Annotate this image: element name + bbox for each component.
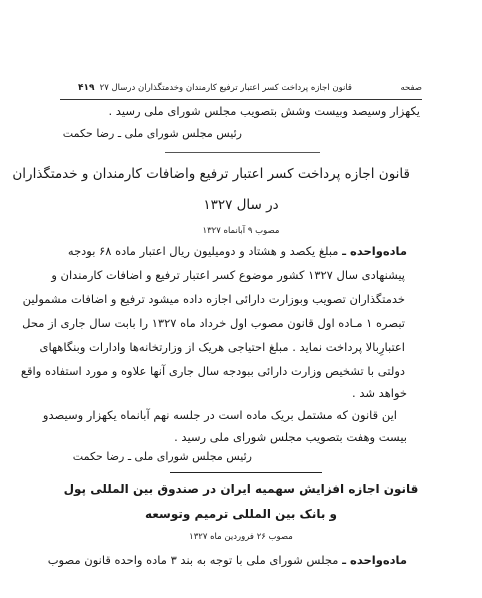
law2-article-first-line: ماده‌واحده ـ مجلس شورای ملی با توجه به ب… [48,553,407,567]
law1-closing-line2: بیست وهفت بتصویب مجلس شورای ملی رسید . [174,430,407,444]
previous-law-closing: یکهزار وسیصد وبیست وشش بتصویب مجلس شورای… [109,104,421,118]
article-label: ماده‌واحده ـ [342,244,407,258]
article-text: مبلغ یکصد و هشتاد و دومیلیون ریال اعتبار… [68,244,339,258]
header-rule [60,99,422,100]
law1-article-line: خدمتگذاران تصویب وبوزارت دارائی اجازه دا… [75,292,405,306]
page-number: ۴۱۹ [78,79,94,97]
running-header: صفحه قانون اجازه پرداخت کسر اعتبار ترفیع… [60,79,422,97]
previous-law-signature: رئیس مجلس شورای ملی ـ رضا حکمت [63,127,242,140]
law1-signature: رئیس مجلس شورای ملی ـ رضا حکمت [73,450,252,463]
law2-title-line2: و بانک بین المللی ترمیم وتوسعه [0,507,482,521]
law1-article-line: تبصره ۱ مـاده اول قانون مصوب اول خرداد م… [75,316,405,330]
law1-article-line: دولتی با تشخیص وزارت دارائی ببودجه سال ج… [75,364,405,378]
law1-closing-line1: این قانون که مشتمل بریک ماده است در جلسه… [43,408,397,422]
law1-article-line: پیشنهادی سال ۱۳۲۷ کشور موضوع کسر اعتبار … [75,268,405,282]
law1-article-line: اعتبارِبالا پرداخت نماید . مبلغ احتیاجی … [75,340,405,354]
section-separator [170,472,322,473]
section-separator [165,152,320,153]
page-label: صفحه [400,79,422,97]
document-page: صفحه قانون اجازه پرداخت کسر اعتبار ترفیع… [0,0,482,598]
law1-title-line2: در سال ۱۳۲۷ [0,197,482,213]
law1-approval-date: مصوب ۹ آبانماه ۱۳۲۷ [0,226,482,236]
law2-approval-date: مصوب ۲۶ فروردین ماه ۱۳۲۷ [0,532,482,542]
law2-title-line1: قانون اجازه افزایش سهمیه ایران در صندوق … [0,482,482,496]
article-text: مجلس شورای ملی با توجه به بند ۳ ماده واح… [48,553,339,567]
law1-article-first-line: ماده‌واحده ـ مبلغ یکصد و هشتاد و دومیلیو… [68,244,407,258]
law1-article-line: خواهد شد . [352,386,407,400]
law1-title-line1: قانون اجازه پرداخت کسر اعتبار ترفیع واضا… [72,166,410,182]
article-label: ماده‌واحده ـ [342,553,407,567]
running-title: قانون اجازه پرداخت کسر اعتبار ترفیع کارم… [100,79,352,97]
